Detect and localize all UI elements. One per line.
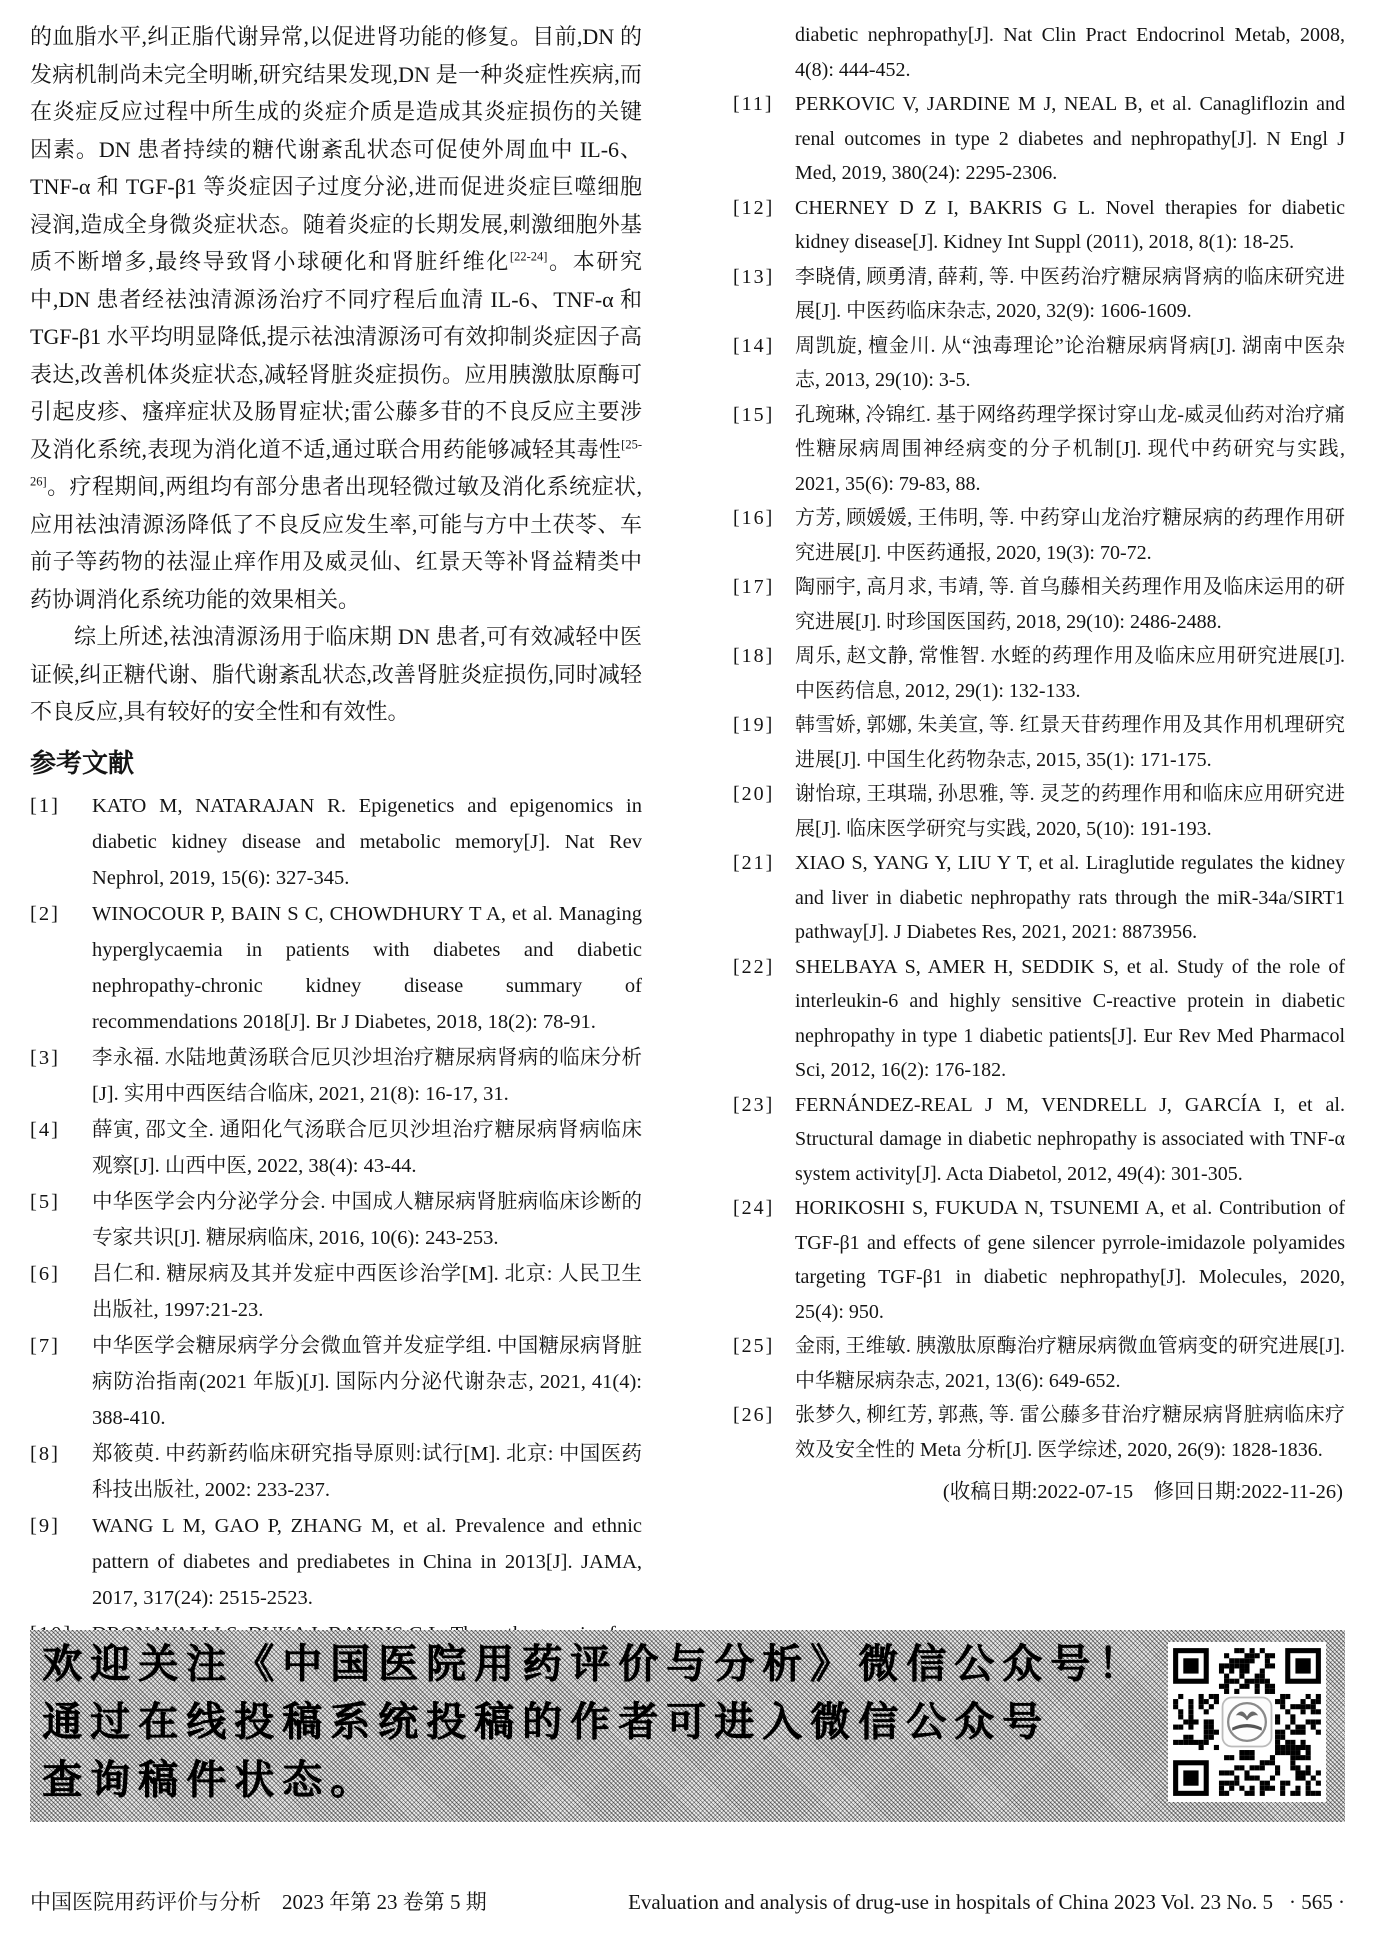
reference-item: [4]薛寅, 邵文全. 通阳化气汤联合厄贝沙坦治疗糖尿病肾病临床观察[J]. 山…	[30, 1112, 642, 1184]
reference-number: [17]	[733, 570, 774, 605]
reference-number: [9]	[30, 1508, 60, 1544]
left-column: 的血脂水平,纠正脂代谢异常,以促进肾功能的修复。目前,DN 的发病机制尚未完全明…	[30, 18, 642, 1652]
reference-text: HORIKOSHI S, FUKUDA N, TSUNEMI A, et al.…	[795, 1197, 1345, 1323]
reference-number: [12]	[733, 191, 774, 226]
qr-logo-book-icon	[1223, 1698, 1272, 1747]
reference-text: WINOCOUR P, BAIN S C, CHOWDHURY T A, et …	[92, 903, 642, 1033]
reference-number: [24]	[733, 1191, 774, 1226]
reference-item: [3]李永福. 水陆地黄汤联合厄贝沙坦治疗糖尿病肾病的临床分析[J]. 实用中西…	[30, 1040, 642, 1112]
received-revised-dates: (收稿日期:2022-07-15 修回日期:2022-11-26)	[733, 1475, 1345, 1509]
paragraph-text: 。本研究中,DN 患者经祛浊清源汤治疗不同疗程后血清 IL-6、TNF-α 和 …	[30, 249, 642, 462]
reference-text: 金雨, 王维敏. 胰激肽原酶治疗糖尿病微血管病变的研究进展[J]. 中华糖尿病杂…	[795, 1335, 1345, 1392]
reference-number: [21]	[733, 846, 774, 881]
citation-superscript: [22-24]	[510, 250, 548, 264]
reference-number: [22]	[733, 950, 774, 985]
reference-number: [2]	[30, 896, 60, 932]
references-list-left: [1]KATO M, NATARAJAN R. Epigenetics and …	[30, 788, 642, 1652]
reference-item: [14]周凯旋, 檀金川. 从“浊毒理论”论治糖尿病肾病[J]. 湖南中医杂志,…	[733, 329, 1345, 398]
reference-text: 周凯旋, 檀金川. 从“浊毒理论”论治糖尿病肾病[J]. 湖南中医杂志, 201…	[795, 335, 1345, 392]
reference-text: PERKOVIC V, JARDINE M J, NEAL B, et al. …	[795, 93, 1345, 184]
reference-number: [1]	[30, 788, 60, 824]
reference-text: KATO M, NATARAJAN R. Epigenetics and epi…	[92, 795, 642, 889]
reference-number: [11]	[733, 87, 774, 122]
reference-number: [5]	[30, 1184, 60, 1220]
wechat-promo-banner: 欢迎关注《中国医院用药评价与分析》微信公众号！ 通过在线投稿系统投稿的作者可进入…	[30, 1630, 1345, 1822]
qr-code	[1168, 1642, 1326, 1802]
reference-number: [4]	[30, 1112, 60, 1148]
reference-item: [9]WANG L M, GAO P, ZHANG M, et al. Prev…	[30, 1508, 642, 1616]
footer-journal-cn: 中国医院用药评价与分析 2023 年第 23 卷第 5 期	[30, 1889, 487, 1915]
reference-item: [2]WINOCOUR P, BAIN S C, CHOWDHURY T A, …	[30, 896, 642, 1040]
reference-number: [15]	[733, 398, 774, 433]
reference-item: [12]CHERNEY D Z I, BAKRIS G L. Novel the…	[733, 191, 1345, 260]
references-heading: 参考文献	[30, 743, 642, 780]
reference-text: 郑筱萸. 中药新药临床研究指导原则:试行[M]. 北京: 中国医药科技出版社, …	[92, 1443, 642, 1501]
reference-text: 薛寅, 邵文全. 通阳化气汤联合厄贝沙坦治疗糖尿病肾病临床观察[J]. 山西中医…	[92, 1119, 642, 1177]
reference-item: [16]方芳, 顾媛媛, 王伟明, 等. 中药穿山龙治疗糖尿病的药理作用研究进展…	[733, 501, 1345, 570]
reference-text: 孔琬琳, 冷锦红. 基于网络药理学探讨穿山龙-威灵仙药对治疗痛性糖尿病周围神经病…	[795, 404, 1345, 495]
reference-item: [1]KATO M, NATARAJAN R. Epigenetics and …	[30, 788, 642, 896]
right-column: diabetic nephropathy[J]. Nat Clin Pract …	[733, 18, 1345, 1509]
reference-number: [19]	[733, 708, 774, 743]
body-paragraph-discussion: 的血脂水平,纠正脂代谢异常,以促进肾功能的修复。目前,DN 的发病机制尚未完全明…	[30, 18, 642, 618]
reference-number: [3]	[30, 1040, 60, 1076]
reference-item: [6]吕仁和. 糖尿病及其并发症中西医诊治学[M]. 北京: 人民卫生出版社, …	[30, 1256, 642, 1328]
references-list-right: [11]PERKOVIC V, JARDINE M J, NEAL B, et …	[733, 87, 1345, 1467]
paragraph-text: 。疗程期间,两组均有部分患者出现轻微过敏及消化系统症状,应用祛浊清源汤降低了不良…	[30, 474, 642, 612]
page-number: · 565 ·	[1289, 1890, 1345, 1914]
reference-number: [23]	[733, 1088, 774, 1123]
reference-number: [6]	[30, 1256, 60, 1292]
reference-text: 谢怡琼, 王琪瑞, 孙思雅, 等. 灵芝的药理作用和临床应用研究进展[J]. 临…	[795, 783, 1345, 840]
reference-item: [22]SHELBAYA S, AMER H, SEDDIK S, et al.…	[733, 950, 1345, 1088]
reference-number: [26]	[733, 1398, 774, 1433]
reference-number: [7]	[30, 1328, 60, 1364]
reference-item: [18]周乐, 赵文静, 常惟智. 水蛭的药理作用及临床应用研究进展[J]. 中…	[733, 639, 1345, 708]
paragraph-text: 的血脂水平,纠正脂代谢异常,以促进肾功能的修复。目前,DN 的发病机制尚未完全明…	[30, 24, 642, 274]
body-paragraph-conclusion: 综上所述,祛浊清源汤用于临床期 DN 患者,可有效减轻中医证候,纠正糖代谢、脂代…	[30, 618, 642, 731]
reference-item: [23]FERNÁNDEZ-REAL J M, VENDRELL J, GARC…	[733, 1088, 1345, 1192]
reference-number: [8]	[30, 1436, 60, 1472]
banner-line-1: 欢迎关注《中国医院用药评价与分析》微信公众号！	[42, 1635, 1146, 1693]
reference-number: [25]	[733, 1329, 774, 1364]
reference-text: 陶丽宇, 高月求, 韦靖, 等. 首乌藤相关药理作用及临床运用的研究进展[J].…	[795, 576, 1345, 633]
reference-text: WANG L M, GAO P, ZHANG M, et al. Prevale…	[92, 1515, 642, 1609]
journal-page: 的血脂水平,纠正脂代谢异常,以促进肾功能的修复。目前,DN 的发病机制尚未完全明…	[0, 0, 1375, 1940]
reference-item: [8]郑筱萸. 中药新药临床研究指导原则:试行[M]. 北京: 中国医药科技出版…	[30, 1436, 642, 1508]
reference-item: [20]谢怡琼, 王琪瑞, 孙思雅, 等. 灵芝的药理作用和临床应用研究进展[J…	[733, 777, 1345, 846]
reference-item: [7]中华医学会糖尿病学分会微血管并发症学组. 中国糖尿病肾脏病防治指南(202…	[30, 1328, 642, 1436]
reference-text: CHERNEY D Z I, BAKRIS G L. Novel therapi…	[795, 197, 1345, 254]
reference-number: [20]	[733, 777, 774, 812]
footer-journal-en: Evaluation and analysis of drug-use in h…	[628, 1889, 1345, 1915]
reference-item: [24]HORIKOSHI S, FUKUDA N, TSUNEMI A, et…	[733, 1191, 1345, 1329]
banner-line-2: 通过在线投稿系统投稿的作者可进入微信公众号	[42, 1693, 1146, 1751]
reference-number: [13]	[733, 260, 774, 295]
reference-item: [26]张梦久, 柳红芳, 郭燕, 等. 雷公藤多苷治疗糖尿病肾脏病临床疗效及安…	[733, 1398, 1345, 1467]
footer-journal-en-text: Evaluation and analysis of drug-use in h…	[628, 1890, 1273, 1914]
reference-text: 韩雪娇, 郭娜, 朱美宣, 等. 红景天苷药理作用及其作用机理研究进展[J]. …	[795, 714, 1345, 771]
reference-item: [5]中华医学会内分泌学分会. 中国成人糖尿病肾脏病临床诊断的专家共识[J]. …	[30, 1184, 642, 1256]
reference-item: [19]韩雪娇, 郭娜, 朱美宣, 等. 红景天苷药理作用及其作用机理研究进展[…	[733, 708, 1345, 777]
reference-text: 中华医学会糖尿病学分会微血管并发症学组. 中国糖尿病肾脏病防治指南(2021 年…	[92, 1335, 642, 1429]
reference-text: 李永福. 水陆地黄汤联合厄贝沙坦治疗糖尿病肾病的临床分析[J]. 实用中西医结合…	[92, 1047, 642, 1105]
page-footer: 中国医院用药评价与分析 2023 年第 23 卷第 5 期 Evaluation…	[30, 1889, 1345, 1915]
reference-number: [18]	[733, 639, 774, 674]
reference-text: FERNÁNDEZ-REAL J M, VENDRELL J, GARCÍA I…	[795, 1094, 1345, 1185]
banner-line-3: 查询稿件状态。	[42, 1751, 1146, 1809]
reference-item: [11]PERKOVIC V, JARDINE M J, NEAL B, et …	[733, 87, 1345, 191]
reference-item: [21]XIAO S, YANG Y, LIU Y T, et al. Lira…	[733, 846, 1345, 950]
reference-text: 李晓倩, 顾勇清, 薛莉, 等. 中医药治疗糖尿病肾病的临床研究进展[J]. 中…	[795, 266, 1345, 323]
reference-text: XIAO S, YANG Y, LIU Y T, et al. Liraglut…	[795, 852, 1345, 943]
banner-text: 欢迎关注《中国医院用药评价与分析》微信公众号！ 通过在线投稿系统投稿的作者可进入…	[42, 1635, 1146, 1809]
reference-text: SHELBAYA S, AMER H, SEDDIK S, et al. Stu…	[795, 956, 1345, 1082]
reference-text: 方芳, 顾媛媛, 王伟明, 等. 中药穿山龙治疗糖尿病的药理作用研究进展[J].…	[795, 507, 1345, 564]
reference-item: [25]金雨, 王维敏. 胰激肽原酶治疗糖尿病微血管病变的研究进展[J]. 中华…	[733, 1329, 1345, 1398]
reference-text: 张梦久, 柳红芳, 郭燕, 等. 雷公藤多苷治疗糖尿病肾脏病临床疗效及安全性的 …	[795, 1404, 1345, 1461]
reference-number: [16]	[733, 501, 774, 536]
reference-continuation: diabetic nephropathy[J]. Nat Clin Pract …	[733, 18, 1345, 87]
reference-item: [17]陶丽宇, 高月求, 韦靖, 等. 首乌藤相关药理作用及临床运用的研究进展…	[733, 570, 1345, 639]
reference-text: 周乐, 赵文静, 常惟智. 水蛭的药理作用及临床应用研究进展[J]. 中医药信息…	[795, 645, 1345, 702]
reference-item: [13]李晓倩, 顾勇清, 薛莉, 等. 中医药治疗糖尿病肾病的临床研究进展[J…	[733, 260, 1345, 329]
reference-number: [14]	[733, 329, 774, 364]
reference-item: [15]孔琬琳, 冷锦红. 基于网络药理学探讨穿山龙-威灵仙药对治疗痛性糖尿病周…	[733, 398, 1345, 502]
reference-text: 中华医学会内分泌学分会. 中国成人糖尿病肾脏病临床诊断的专家共识[J]. 糖尿病…	[92, 1191, 642, 1249]
reference-text: 吕仁和. 糖尿病及其并发症中西医诊治学[M]. 北京: 人民卫生出版社, 199…	[92, 1263, 642, 1321]
